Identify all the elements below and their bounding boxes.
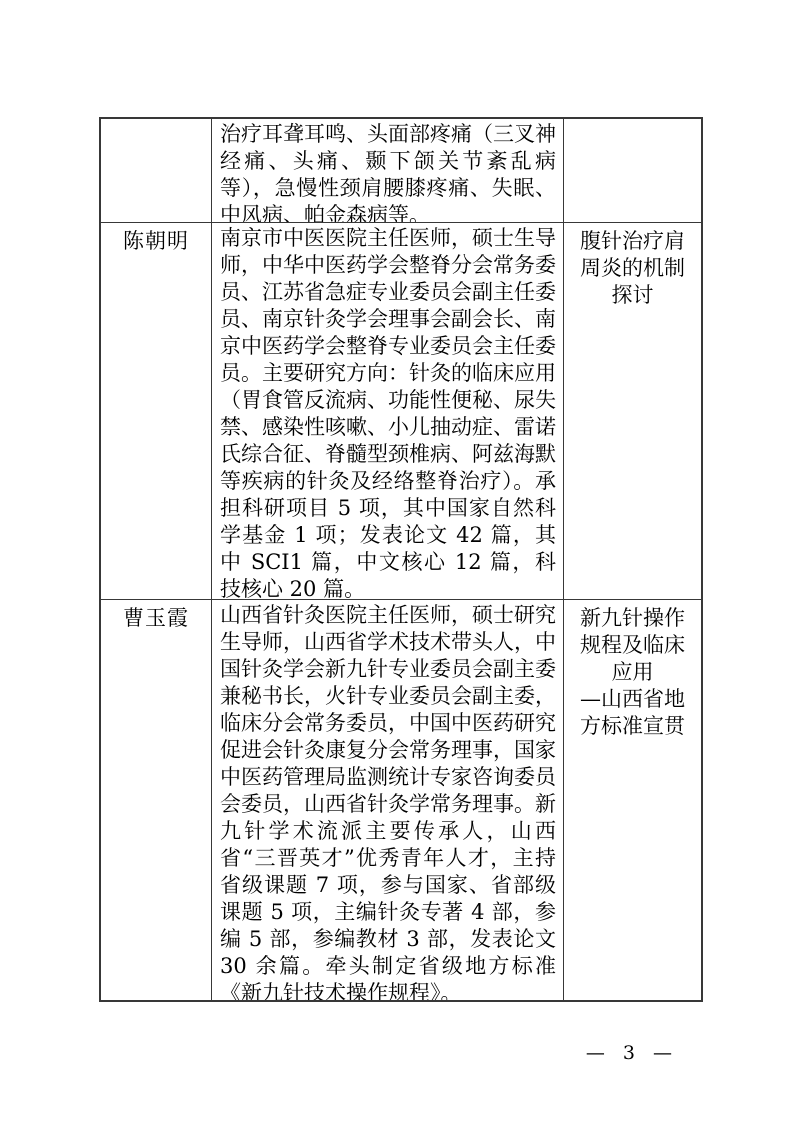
bio-cell: 山西省针灸医院主任医师，硕士研究生导师，山西省学术技术带头人，中国针灸学会新九针… — [211, 600, 563, 1000]
table-row: 陈朝明 南京市中医医院主任医师，硕士生导师，中华中医药学会整脊分会常务委员、江苏… — [101, 222, 701, 599]
expert-bio-table: 治疗耳聋耳鸣、头面部疼痛（三叉神经痛、头痛、颞下颌关节紊乱病等），急慢性颈肩腰膝… — [99, 117, 703, 1002]
topic-cell: 新九针操作规程及临床应用 —山西省地方标准宣贯 — [563, 600, 701, 1000]
bio-cell: 治疗耳聋耳鸣、头面部疼痛（三叉神经痛、头痛、颞下颌关节紊乱病等），急慢性颈肩腰膝… — [211, 119, 563, 222]
document-page: 治疗耳聋耳鸣、头面部疼痛（三叉神经痛、头痛、颞下颌关节紊乱病等），急慢性颈肩腰膝… — [0, 0, 800, 1131]
name-cell — [101, 119, 211, 222]
table-row: 曹玉霞 山西省针灸医院主任医师，硕士研究生导师，山西省学术技术带头人，中国针灸学… — [101, 599, 701, 1000]
page-number: — 3 — — [586, 1042, 674, 1064]
name-cell: 曹玉霞 — [101, 600, 211, 1000]
bio-cell: 南京市中医医院主任医师，硕士生导师，中华中医药学会整脊分会常务委员、江苏省急症专… — [211, 223, 563, 599]
topic-cell: 腹针治疗肩周炎的机制探讨 — [563, 223, 701, 599]
name-cell: 陈朝明 — [101, 223, 211, 599]
table-row: 治疗耳聋耳鸣、头面部疼痛（三叉神经痛、头痛、颞下颌关节紊乱病等），急慢性颈肩腰膝… — [101, 119, 701, 222]
topic-cell — [563, 119, 701, 222]
